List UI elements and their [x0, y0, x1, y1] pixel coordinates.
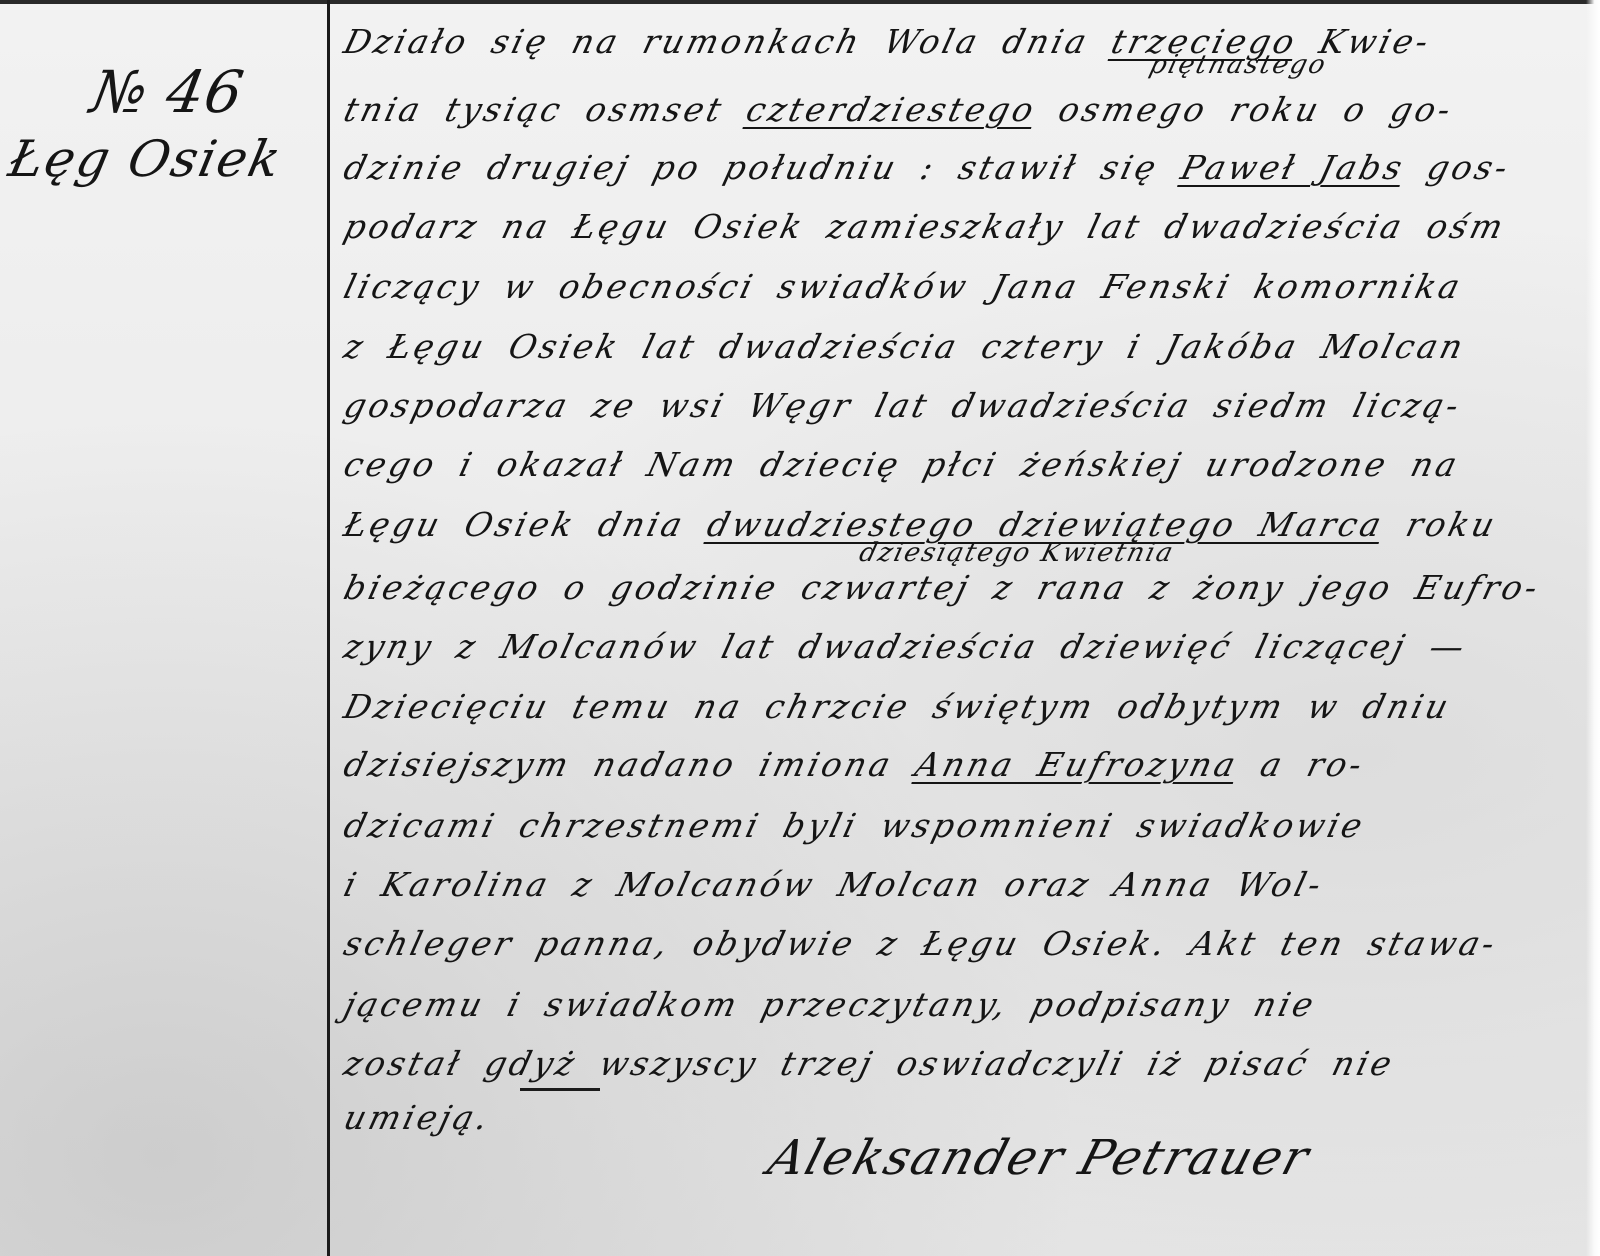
record-line-18: został gdyż wszyscy trzej oswiadczyli iż… [340, 1044, 1399, 1083]
closing-dash [520, 1088, 600, 1091]
line-text: został gdyż wszyscy trzej oswiadczyli iż… [340, 1044, 1399, 1083]
line-text: dzicami chrzestnemi byli wspomnieni swia… [340, 806, 1369, 845]
underlined-year: czterdziestego [742, 90, 1040, 129]
record-line-12: Dziecięciu temu na chrzcie świętym odbyt… [340, 687, 1455, 726]
line-text: liczący w obecności swiadków Jana Fenski… [340, 267, 1467, 306]
interlinear-correction-year: piętnastego [1146, 50, 1330, 80]
line-text: umieją. [340, 1098, 495, 1137]
record-line-8: cego i okazał Nam dziecię płci żeńskiej … [340, 445, 1464, 484]
scan-right-edge [1586, 0, 1600, 1256]
line-text: Łęgu Osiek dnia [340, 505, 713, 544]
record-line-16: schleger panna, obydwie z Łęgu Osiek. Ak… [340, 924, 1502, 963]
line-text: a ro- [1233, 745, 1369, 784]
record-line-19: umieją. [340, 1098, 495, 1137]
line-text: gos- [1399, 148, 1514, 187]
record-line-15: i Karolina z Molcanów Molcan oraz Anna W… [340, 865, 1328, 904]
line-text: bieżącego o godzinie czwartej z rana z ż… [340, 568, 1545, 607]
record-line-4: podarz na Łęgu Osiek zamieszkały lat dwa… [340, 207, 1510, 246]
line-text: Działo się na rumonkach Wola dnia [340, 22, 1117, 61]
record-line-6: z Łęgu Osiek lat dwadzieścia cztery i Ja… [340, 327, 1470, 366]
line-text: dzinie drugiej po południu : stawił się [340, 148, 1187, 187]
margin-rule-divider [327, 0, 330, 1256]
document-page: № 46 Łęg Osiek Działo się na rumonkach W… [0, 0, 1600, 1256]
record-line-7: gospodarza ze wsi Węgr lat dwadzieścia s… [340, 386, 1466, 425]
line-text: podarz na Łęgu Osiek zamieszkały lat dwa… [340, 207, 1510, 246]
line-text: dzisiejszym nadano imiona [340, 745, 921, 784]
line-text: jącemu i swiadkom przeczytany, podpisany… [340, 985, 1321, 1024]
record-line-13: dzisiejszym nadano imiona Anna Eufrozyna… [340, 745, 1369, 784]
line-text: i Karolina z Molcanów Molcan oraz Anna W… [340, 865, 1328, 904]
underlined-child-names: Anna Eufrozyna [911, 745, 1242, 784]
line-text: tnia tysiąc osmset [340, 90, 752, 129]
record-number: № 46 [86, 58, 249, 126]
interlinear-correction-date: dziesiątego Kwietnia [856, 538, 1177, 568]
record-line-10: bieżącego o godzinie czwartej z rana z ż… [340, 568, 1545, 607]
margin-village-name: Łęg Osiek [4, 130, 288, 188]
record-line-17: jącemu i swiadkom przeczytany, podpisany… [340, 985, 1321, 1024]
record-line-14: dzicami chrzestnemi byli wspomnieni swia… [340, 806, 1369, 845]
line-text: roku [1379, 505, 1502, 544]
line-text: schleger panna, obydwie z Łęgu Osiek. Ak… [340, 924, 1502, 963]
line-text: osmego roku o go- [1031, 90, 1458, 129]
line-text: zyny z Molcanów lat dwadzieścia dziewięć… [340, 627, 1471, 666]
officiant-signature: Aleksander Petrauer [762, 1130, 1317, 1186]
line-text: z Łęgu Osiek lat dwadzieścia cztery i Ja… [340, 327, 1470, 366]
line-text: gospodarza ze wsi Węgr lat dwadzieścia s… [340, 386, 1466, 425]
record-line-5: liczący w obecności swiadków Jana Fenski… [340, 267, 1467, 306]
record-line-3: dzinie drugiej po południu : stawił się … [340, 148, 1515, 187]
record-body: Działo się na rumonkach Wola dnia trzeci… [340, 0, 1580, 1256]
line-text: cego i okazał Nam dziecię płci żeńskiej … [340, 445, 1464, 484]
margin-column: № 46 Łęg Osiek [0, 0, 327, 1256]
record-line-11: zyny z Molcanów lat dwadzieścia dziewięć… [340, 627, 1471, 666]
record-line-2: tnia tysiąc osmset czterdziestego osmego… [340, 90, 1458, 129]
underlined-father-name: Paweł Jabs [1177, 148, 1409, 187]
line-text: Dziecięciu temu na chrzcie świętym odbyt… [340, 687, 1455, 726]
